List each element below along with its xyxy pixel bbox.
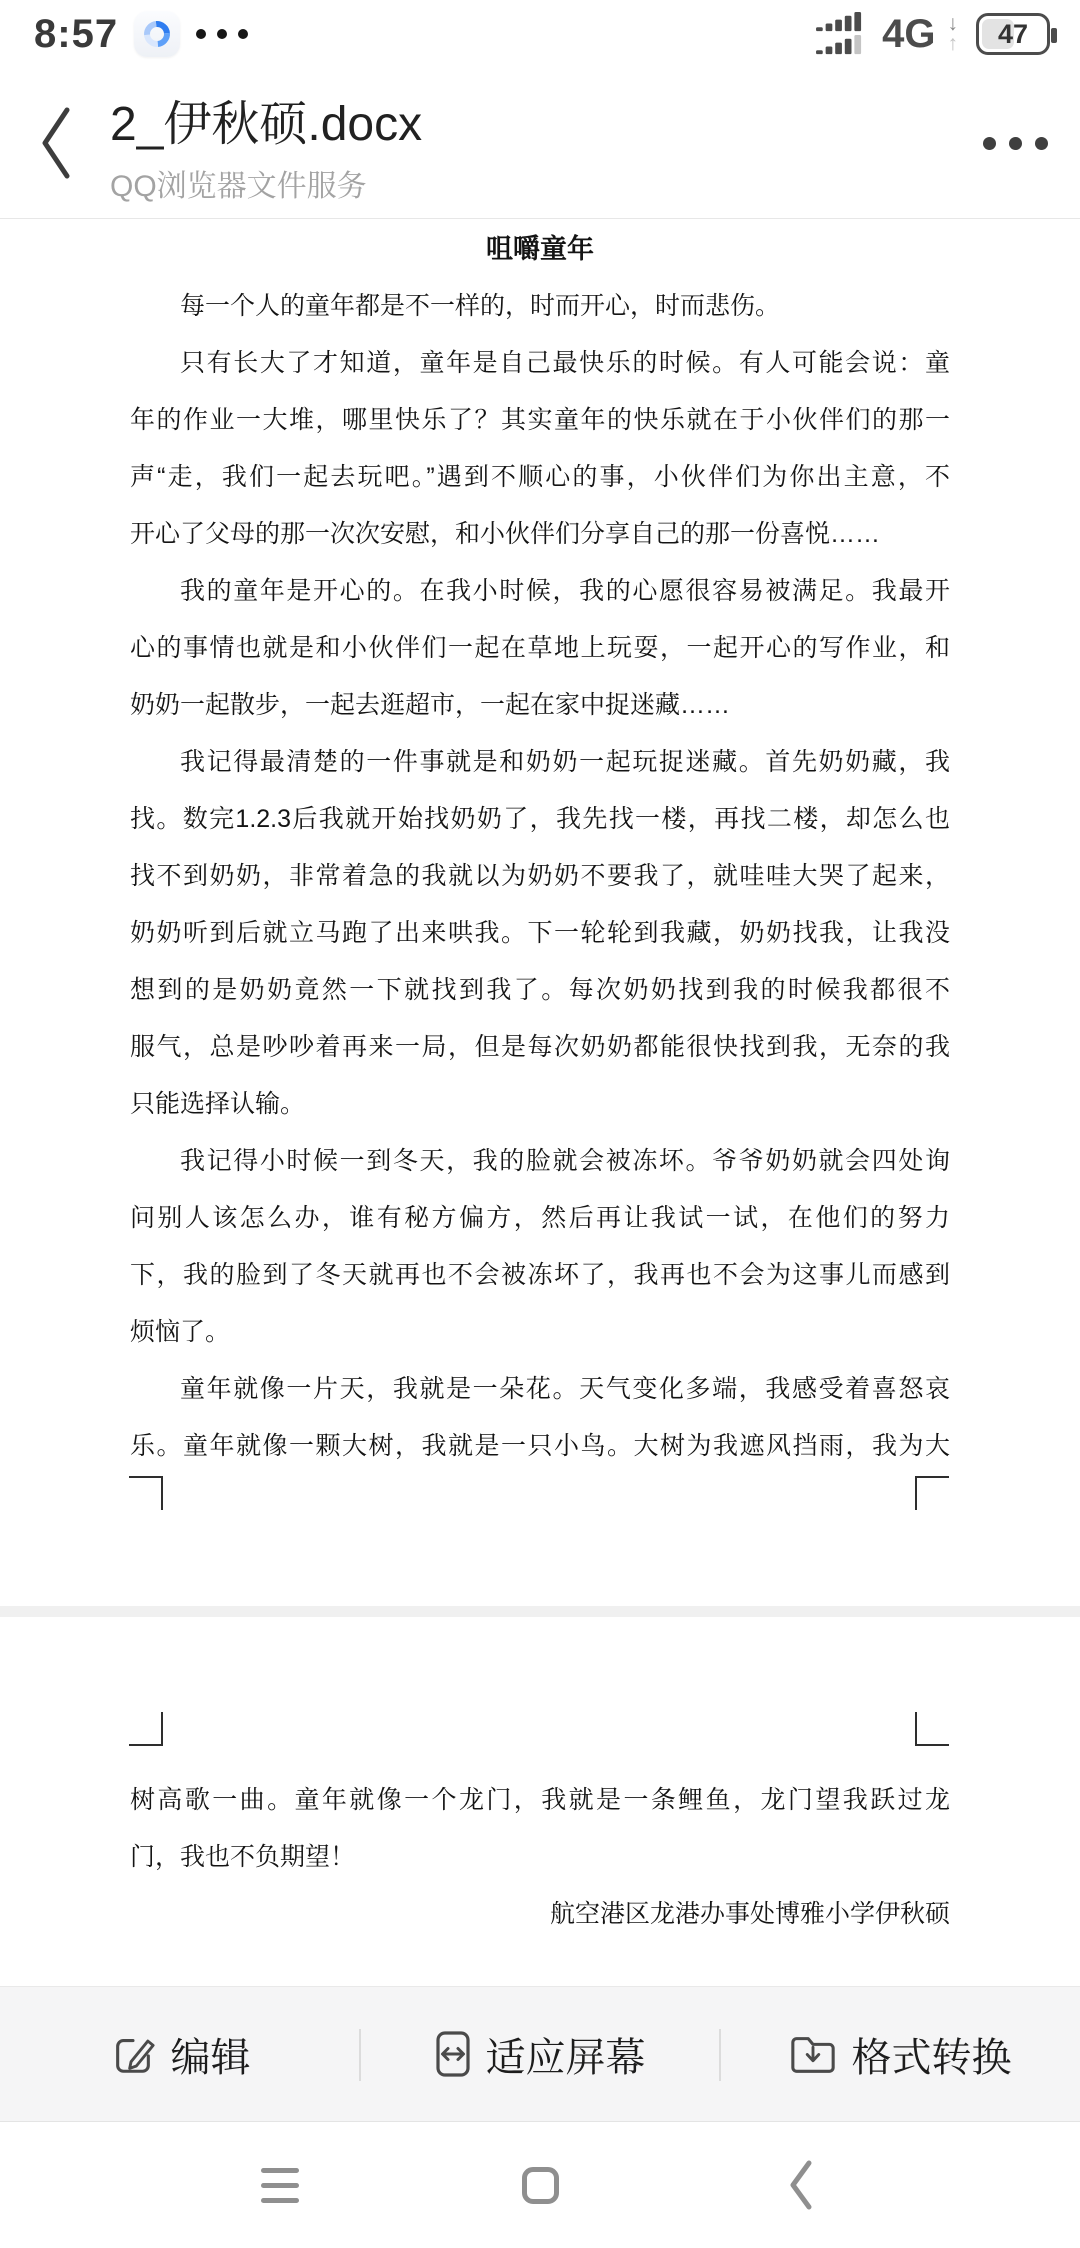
document-viewer[interactable]: 咀嚼童年每一个人的童年都是不一样的，时而开心，时而悲伤。只有长大了才知道，童年是…: [0, 219, 1080, 1986]
more-menu-button[interactable]: [950, 68, 1080, 218]
document-text-line: 乐。童年就像一颗大树，我就是一只小鸟。大树为我遮风挡雨，我为大: [130, 1418, 950, 1475]
document-text-line: 只有长大了才知道，童年是自己最快乐的时候。有人可能会说：童: [130, 335, 950, 392]
battery-icon: 47: [976, 13, 1050, 55]
fit-screen-button[interactable]: 适应屏幕: [360, 1987, 720, 2121]
document-text-line: 开心了父母的那一次次安慰，和小伙伴们分享自己的那一份喜悦……: [130, 506, 950, 563]
document-text-line: 我记得最清楚的一件事就是和奶奶一起玩捉迷藏。首先奶奶藏，我: [130, 734, 950, 791]
qq-browser-icon: [134, 11, 180, 57]
page-corner-mark: [915, 1476, 949, 1510]
edit-icon: [110, 2031, 156, 2077]
document-page-1: 咀嚼童年每一个人的童年都是不一样的，时而开心，时而悲伤。只有长大了才知道，童年是…: [130, 221, 950, 1475]
document-text-line: 服气，总是吵吵着再来一局，但是每次奶奶都能很快找到我，无奈的我: [130, 1019, 950, 1076]
edit-button[interactable]: 编辑: [0, 1987, 360, 2121]
document-toolbar: 编辑适应屏幕格式转换: [0, 1986, 1080, 2122]
format-convert-button[interactable]: 格式转换: [720, 1987, 1080, 2121]
format-convert-icon: [789, 2032, 837, 2076]
fit-screen-icon: [435, 2030, 471, 2078]
dual-sim-signal-icon: [812, 11, 868, 57]
document-text-line: 门，我也不负期望！: [130, 1829, 950, 1886]
navigation-bar: [0, 2122, 1080, 2248]
network-type-label: 4G: [882, 12, 935, 57]
page-corner-mark: [129, 1476, 163, 1510]
back-chevron-icon: [37, 105, 73, 181]
document-text-line: 问别人该怎么办，谁有秘方偏方，然后再让我试一试，在他们的努力: [130, 1190, 950, 1247]
recents-button[interactable]: [240, 2145, 320, 2225]
status-more-dots-icon: [196, 29, 248, 39]
document-text-line: 我的童年是开心的。在我小时候，我的心愿很容易被满足。我最开: [130, 563, 950, 620]
status-time: 8:57: [34, 12, 118, 57]
toolbar-button-label: 格式转换: [852, 2026, 1012, 2083]
document-text-line: 下，我的脸到了冬天就再也不会被冻坏了，我再也不会为这事儿而感到: [130, 1247, 950, 1304]
data-updown-arrows-icon: ↓↑: [948, 14, 959, 54]
document-text-line: 童年就像一片天，我就是一朵花。天气变化多端，我感受着喜怒哀: [130, 1361, 950, 1418]
back-button[interactable]: [0, 68, 110, 218]
more-dots-icon: [983, 137, 1048, 150]
home-icon: [522, 2167, 559, 2204]
toolbar-button-label: 编辑: [171, 2026, 251, 2083]
document-text-line: 我记得小时候一到冬天，我的脸就会被冻坏。爷爷奶奶就会四处询: [130, 1133, 950, 1190]
home-button[interactable]: [500, 2145, 580, 2225]
document-text-line: 只能选择认输。: [130, 1076, 950, 1133]
back-chevron-icon: [787, 2159, 813, 2211]
document-text-line: 每一个人的童年都是不一样的，时而开心，时而悲伤。: [130, 278, 950, 335]
battery-percent: 47: [998, 19, 1028, 50]
status-bar: 8:57 4G ↓↑: [0, 0, 1080, 68]
document-text-line: 奶奶听到后就立马跑了出来哄我。下一轮轮到我藏，奶奶找我，让我没: [130, 905, 950, 962]
toolbar-button-label: 适应屏幕: [486, 2026, 646, 2083]
page-separator: [0, 1606, 1080, 1617]
document-text-line: 奶奶一起散步，一起去逛超市，一起在家中捉迷藏……: [130, 677, 950, 734]
document-page-2: 树高歌一曲。童年就像一个龙门，我就是一条鲤鱼，龙门望我跃过龙门，我也不负期望！航…: [130, 1772, 950, 1943]
toolbar-divider: [719, 2029, 721, 2081]
page-corner-mark: [915, 1712, 949, 1746]
document-title-line: 咀嚼童年: [130, 221, 950, 278]
page-corner-mark: [129, 1712, 163, 1746]
file-subtitle: QQ浏览器文件服务: [110, 161, 950, 205]
document-text-line: 心的事情也就是和小伙伴们一起在草地上玩耍，一起开心的写作业，和: [130, 620, 950, 677]
phone-screen: 8:57 4G ↓↑: [0, 0, 1080, 2248]
document-text-line: 年的作业一大堆，哪里快乐了？其实童年的快乐就在于小伙伴们的那一: [130, 392, 950, 449]
document-text-line: 航空港区龙港办事处博雅小学伊秋硕: [130, 1886, 950, 1943]
document-text-line: 想到的是奶奶竟然一下就找到我了。每次奶奶找到我的时候我都很不: [130, 962, 950, 1019]
toolbar-divider: [359, 2029, 361, 2081]
file-header: 2_伊秋硕.docx QQ浏览器文件服务: [0, 68, 1080, 219]
document-text-line: 声“走，我们一起去玩吧。”遇到不顺心的事，小伙伴们为你出主意，不: [130, 449, 950, 506]
recents-icon: [261, 2168, 299, 2203]
nav-back-button[interactable]: [760, 2145, 840, 2225]
file-title: 2_伊秋硕.docx: [110, 85, 950, 154]
document-text-line: 烦恼了。: [130, 1304, 950, 1361]
document-text-line: 找不到奶奶，非常着急的我就以为奶奶不要我了，就哇哇大哭了起来，: [130, 848, 950, 905]
document-text-line: 树高歌一曲。童年就像一个龙门，我就是一条鲤鱼，龙门望我跃过龙: [130, 1772, 950, 1829]
document-text-line: 找。数完1.2.3后我就开始找奶奶了，我先找一楼，再找二楼，却怎么也: [130, 791, 950, 848]
